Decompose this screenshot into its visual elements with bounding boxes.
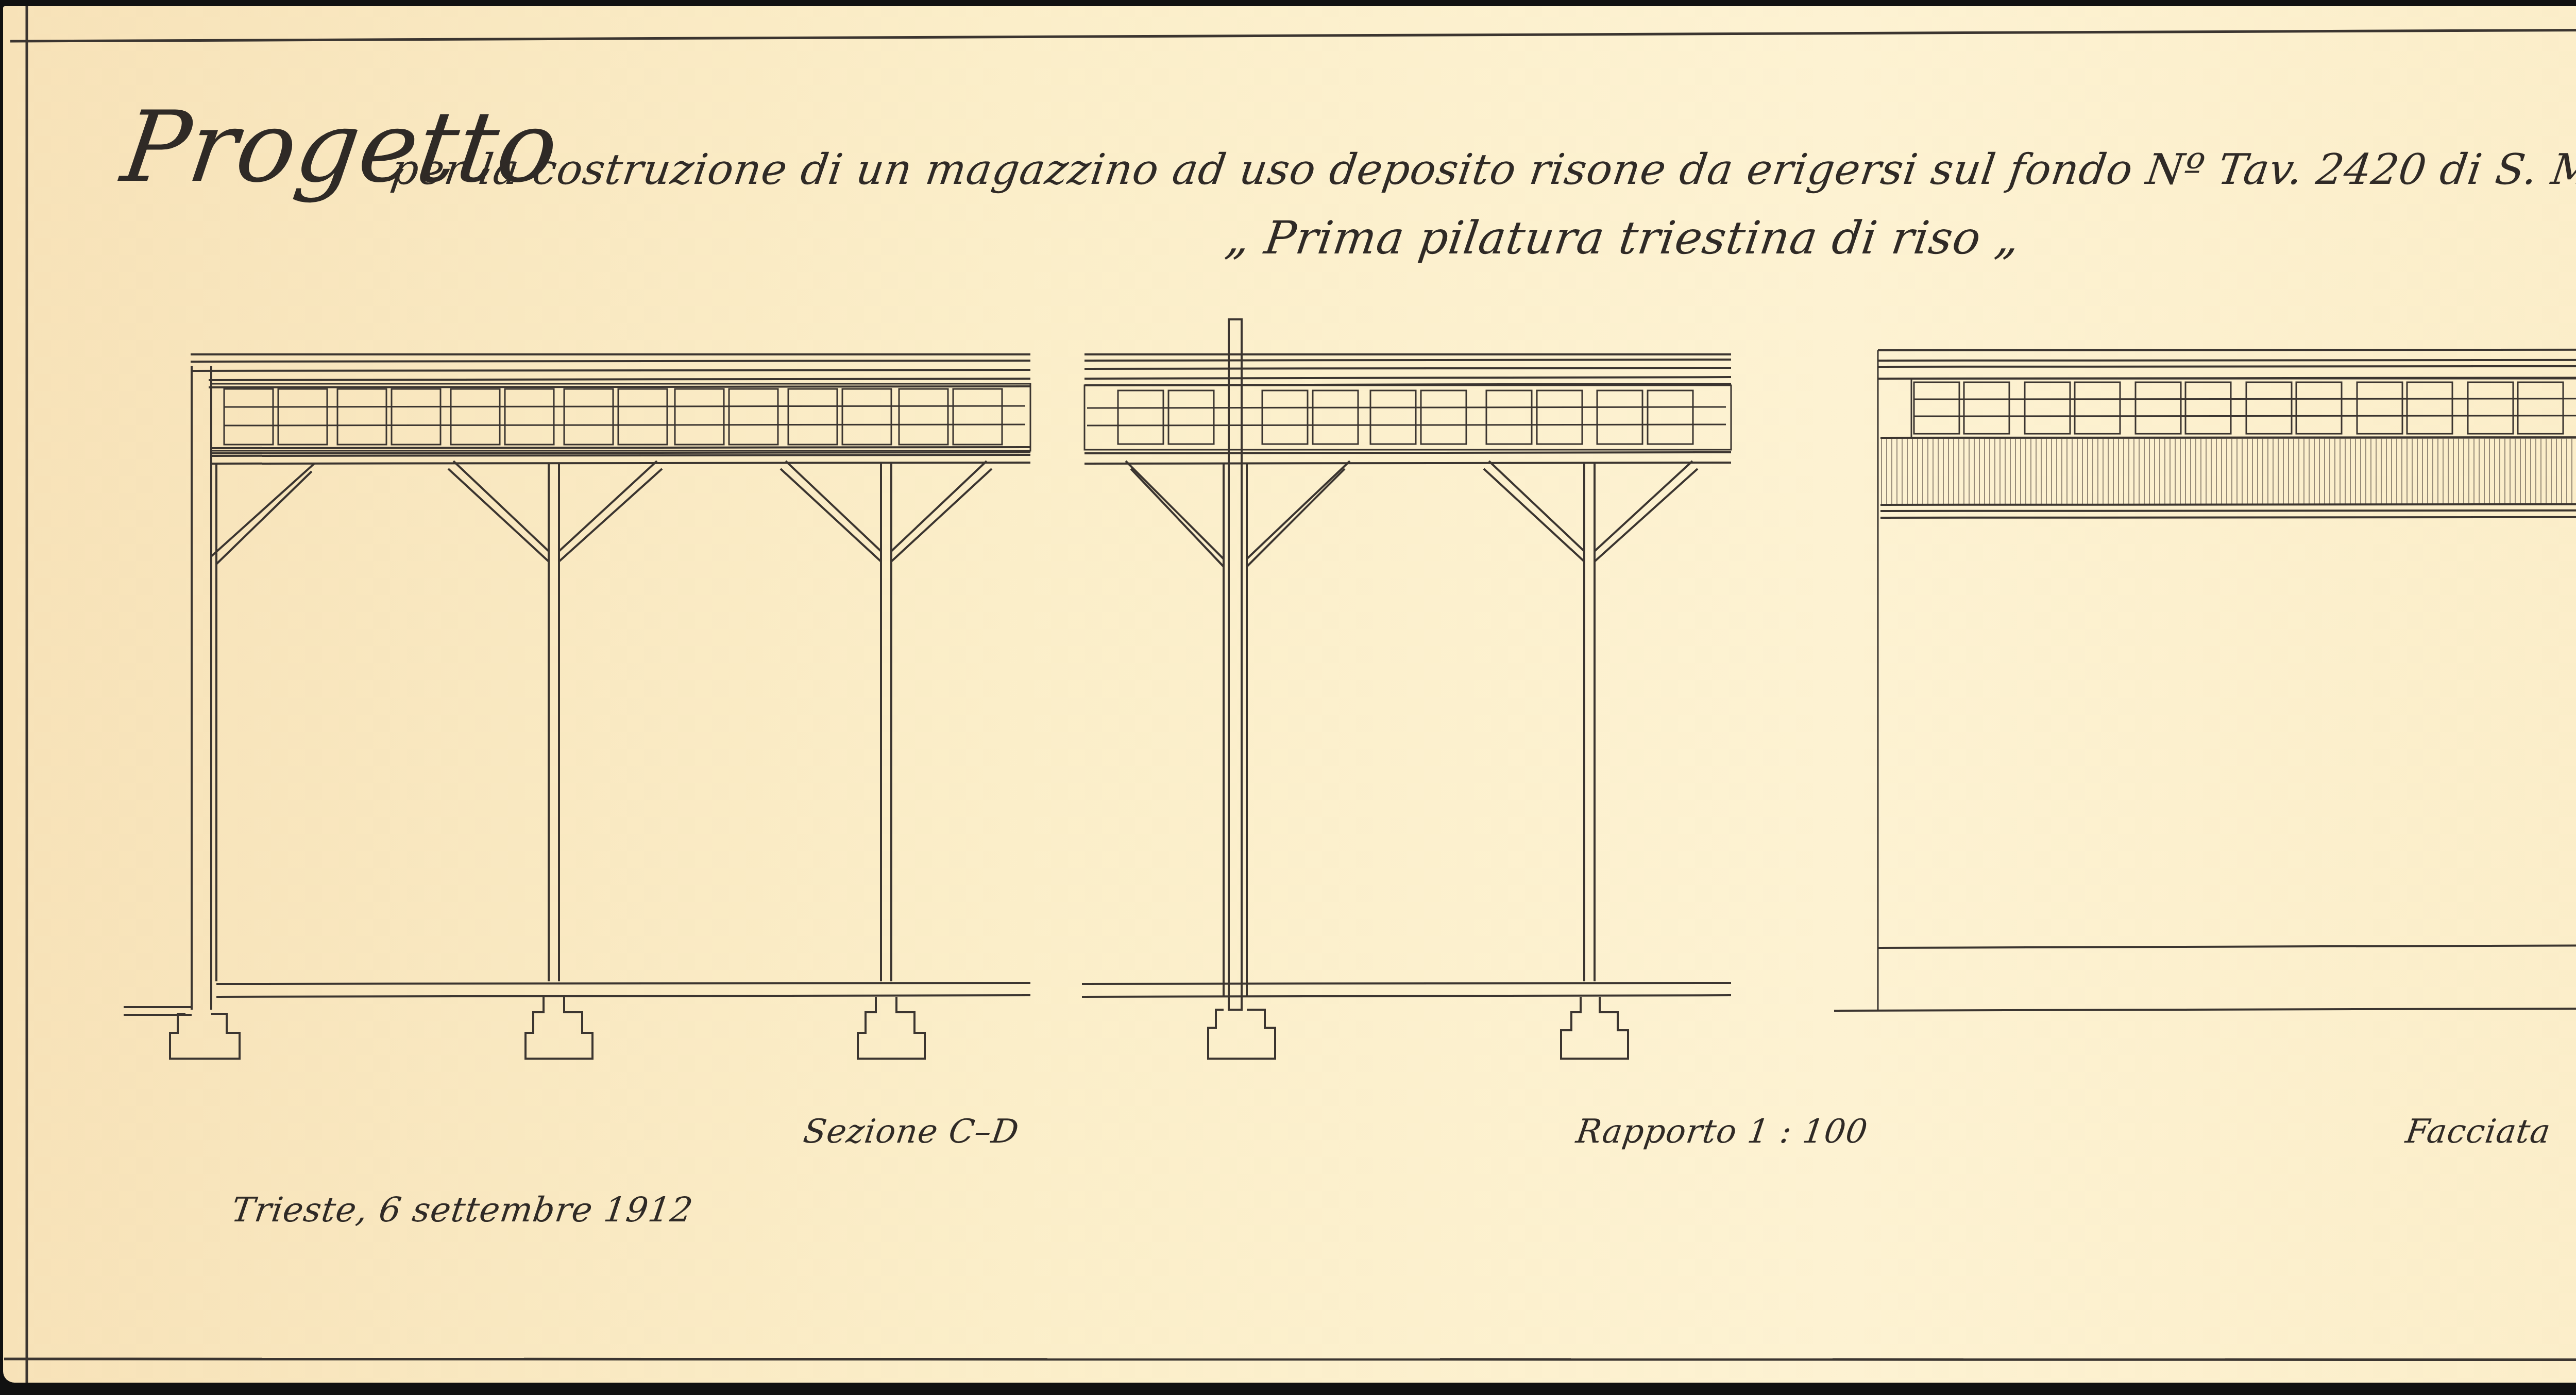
section-view	[124, 354, 1030, 1059]
architectural-drawing	[0, 0, 2576, 1395]
facade-view	[1834, 349, 2576, 1011]
label-facciata: Facciata	[2403, 1113, 2553, 1151]
label-scale: Rapporto 1 : 100	[1574, 1113, 1870, 1151]
subtitle-company: „ Prima pilatura triestina di riso „	[1223, 211, 2024, 264]
label-sezione: Sezione C–D	[801, 1113, 1022, 1151]
title-text: per la costruzione di un magazzino ad us…	[388, 145, 2576, 194]
place-date: Trieste, 6 settembre 1912	[229, 1190, 696, 1230]
section-view-chimney	[1082, 319, 1731, 1059]
